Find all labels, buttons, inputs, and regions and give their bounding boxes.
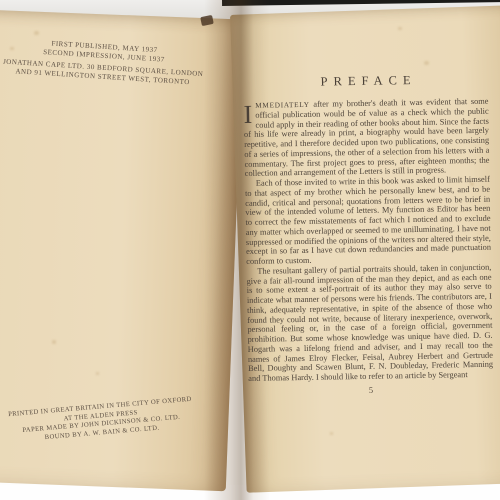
preface-paragraph-3: The resultant gallery of partial portrai… xyxy=(246,262,493,383)
foxing-spot xyxy=(424,61,429,65)
foxing-spot xyxy=(34,31,39,35)
foxing-spot xyxy=(96,372,99,375)
preface-paragraph-2: Each of those invited to write in this b… xyxy=(245,175,491,267)
foxing-spot xyxy=(398,27,402,30)
foxing-spot xyxy=(52,340,56,344)
foxing-spot xyxy=(330,432,333,435)
drop-cap: I xyxy=(243,101,255,127)
book-photo: FIRST PUBLISHED, MAY 1937 SECOND IMPRESS… xyxy=(0,0,500,500)
preface-paragraph-1: IMMEDIATELY after my brother's death it … xyxy=(243,97,489,179)
preface-page-content: PREFACE IMMEDIATELY after my brother's d… xyxy=(243,73,494,397)
lead-smallcaps: MMEDIATELY xyxy=(255,100,310,110)
